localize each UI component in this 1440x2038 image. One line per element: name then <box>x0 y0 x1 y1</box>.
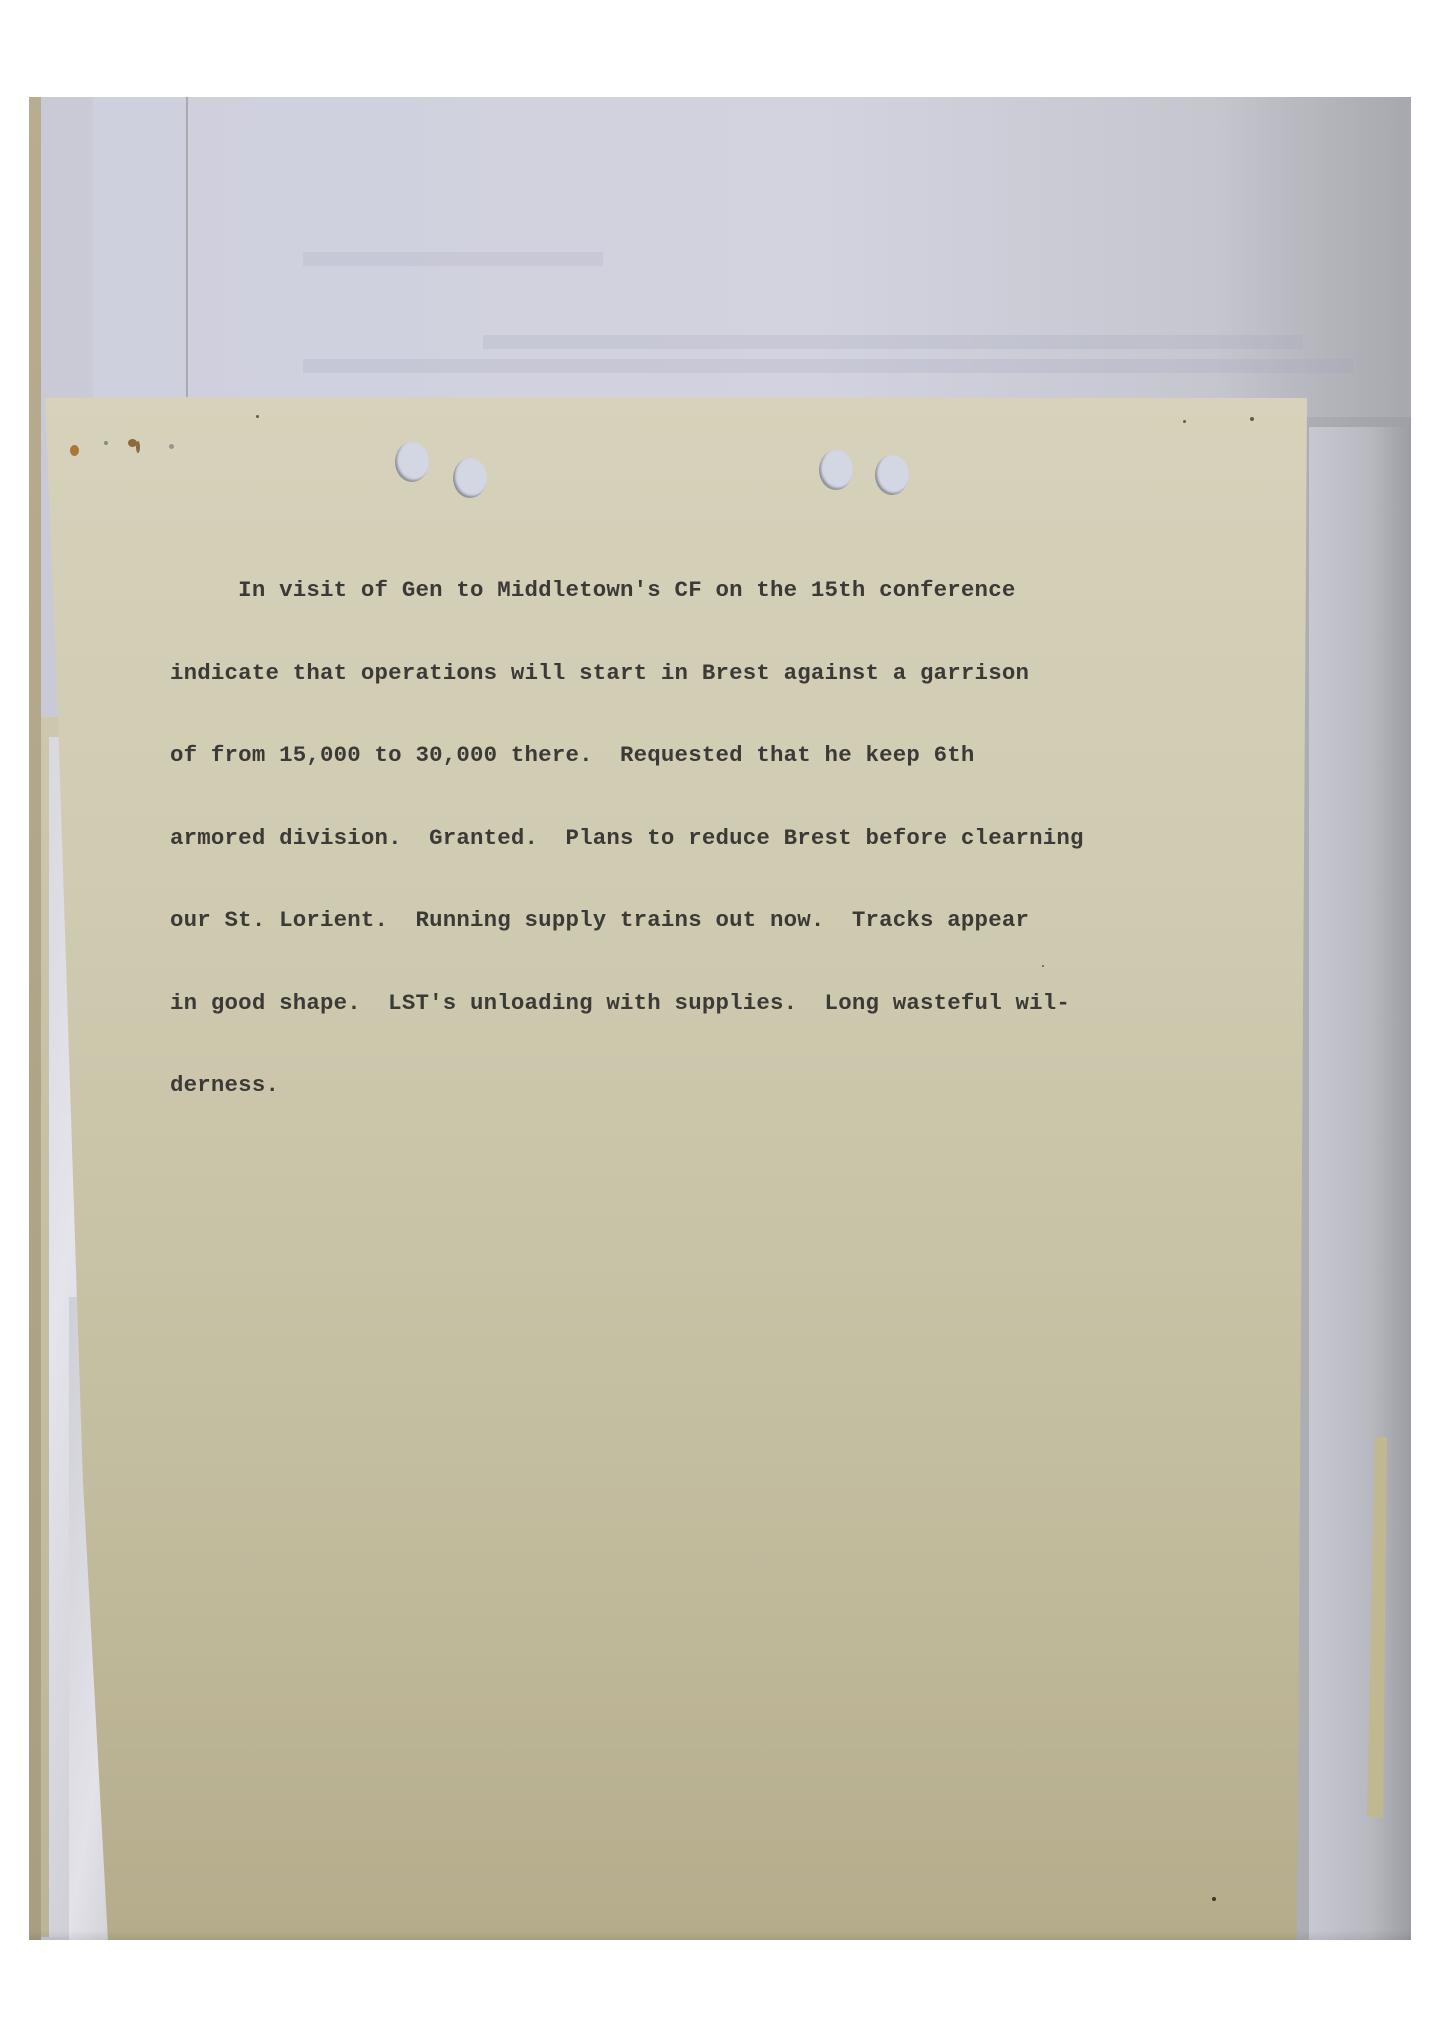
typed-body: In visit of Gen to Middletown's CF on th… <box>170 522 1250 1127</box>
speck <box>256 415 259 418</box>
faded-line-2 <box>303 359 1353 373</box>
faded-heading <box>303 252 603 266</box>
punch-hole-2 <box>453 458 487 498</box>
speck <box>104 441 108 445</box>
typed-line-7: derness. <box>170 1072 1250 1100</box>
photo-bottom-shadow <box>29 1930 1411 1940</box>
folder-edge <box>29 97 41 1940</box>
punch-hole-1 <box>395 442 429 482</box>
typed-line-3: of from 15,000 to 30,000 there. Requeste… <box>170 742 1250 770</box>
underlying-page <box>93 97 1411 417</box>
typed-line-1: In visit of Gen to Middletown's CF on th… <box>170 577 1250 605</box>
typed-line-2: indicate that operations will start in B… <box>170 660 1250 688</box>
rust-stain <box>70 445 79 456</box>
speck <box>1250 417 1254 421</box>
typed-line-5: our St. Lorient. Running supply trains o… <box>170 907 1250 935</box>
faded-line-1 <box>483 335 1303 349</box>
page-edge-line <box>186 97 188 397</box>
speck <box>1212 1897 1216 1901</box>
speck <box>1183 420 1186 423</box>
typed-line-4: armored division. Granted. Plans to redu… <box>170 825 1250 853</box>
typed-line-6: in good shape. LST's unloading with supp… <box>170 990 1250 1018</box>
punch-hole-4 <box>875 455 909 495</box>
rust-stain <box>136 441 140 453</box>
punch-hole-3 <box>819 450 853 490</box>
right-sheet <box>1309 427 1411 1940</box>
speck <box>169 444 174 449</box>
